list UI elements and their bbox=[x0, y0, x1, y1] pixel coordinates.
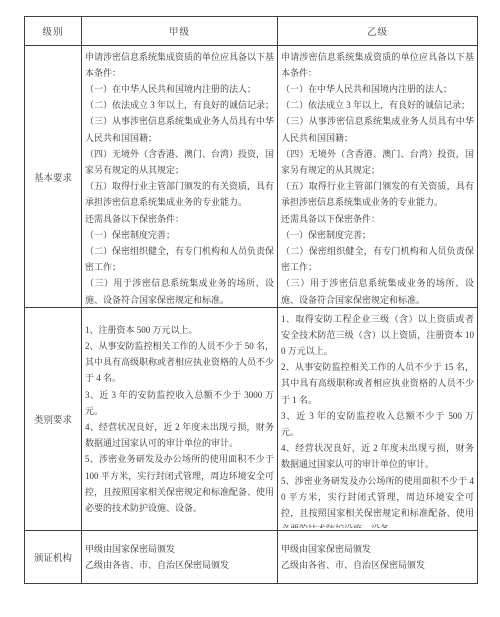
cell-paragraph: （二）依法成立 3 年以上，有良好的诚信记录； bbox=[281, 97, 474, 113]
header-level: 级别 bbox=[25, 17, 82, 46]
row-basic-requirements: 基本要求 申请涉密信息系统集成资质的单位应具备以下基本条件：（一）在中华人民共和… bbox=[25, 46, 478, 308]
basic-requirements-grade-b-cell: 申请涉密信息系统集成资质的单位应具备以下基本条件：（一）在中华人民共和国境内注册… bbox=[278, 46, 478, 308]
certifying-authority-grade-a: 甲级由国家保密局颁发乙级由各省、市、自治区保密局颁发 bbox=[85, 541, 274, 573]
cell-paragraph: （五）取得行业主管部门颁发的有关资质，具有承担涉密信息系统集成业务的专业能力。 bbox=[281, 178, 474, 210]
cell-paragraph: 乙级由各省、市、自治区保密局颁发 bbox=[85, 557, 274, 573]
document-page: 级别 甲级 乙级 基本要求 申请涉密信息系统集成资质的单位应具备以下基本条件：（… bbox=[0, 0, 500, 617]
basic-requirements-grade-a-cell: 申请涉密信息系统集成资质的单位应具备以下基本条件：（一）在中华人民共和国境内注册… bbox=[82, 46, 278, 308]
row-label-certifying-authority: 颁证机构 bbox=[25, 531, 82, 584]
cell-paragraph: （三）用于涉密信息系统集成业务的场所、设施、设备符合国家保密规定和标准。 bbox=[85, 275, 274, 304]
cell-paragraph: （四）无境外（含香港、澳门、台湾）投资，国家另有规定的从其规定； bbox=[281, 146, 474, 178]
cell-paragraph: 2、从事安防监控相关工作的人员不少于 15 名，其中具有高级职称或者相应执业资格… bbox=[281, 359, 474, 408]
row-certifying-authority: 颁证机构 甲级由国家保密局颁发乙级由各省、市、自治区保密局颁发 甲级由国家保密局… bbox=[25, 531, 478, 584]
cell-paragraph: 1、注册资本 500 万元以上。 bbox=[85, 322, 274, 338]
basic-requirements-grade-b: 申请涉密信息系统集成资质的单位应具备以下基本条件：（一）在中华人民共和国境内注册… bbox=[281, 49, 474, 305]
requirements-table: 级别 甲级 乙级 基本要求 申请涉密信息系统集成资质的单位应具备以下基本条件：（… bbox=[24, 16, 478, 584]
cell-paragraph: 甲级由国家保密局颁发 bbox=[85, 541, 274, 557]
cell-paragraph: （三）从事涉密信息系统集成业务人员具有中华人民共和国国籍； bbox=[85, 113, 274, 145]
category-requirements-grade-a-cell: 1、注册资本 500 万元以上。2、从事安防监控相关工作的人员不少于 50 名，… bbox=[82, 308, 278, 531]
cell-paragraph: 4、经营状况良好，近 2 年度未出现亏损，财务数据通过国家认可的审计单位的审计。 bbox=[281, 440, 474, 472]
cell-paragraph: 5、涉密业务研发及办公场所的使用面积不少于 40 平方米，实行封闭式管理，周边环… bbox=[281, 473, 474, 528]
header-grade-a: 甲级 bbox=[82, 17, 278, 46]
cell-paragraph: 乙级由各省、市、自治区保密局颁发 bbox=[281, 557, 474, 573]
cell-paragraph: （一）保密制度完善； bbox=[85, 227, 274, 243]
row-label-basic-requirements: 基本要求 bbox=[25, 46, 82, 308]
cell-paragraph: 5、涉密业务研发及办公场所的使用面积不少于 100 平方米，实行封闭式管理，周边… bbox=[85, 451, 274, 516]
cell-paragraph: 申请涉密信息系统集成资质的单位应具备以下基本条件： bbox=[85, 49, 274, 81]
cell-paragraph: （三）用于涉密信息系统集成业务的场所、设施、设备符合国家保密规定和标准。 bbox=[281, 275, 474, 304]
cell-paragraph: （四）无境外（含香港、澳门、台湾）投资，国家另有规定的从其规定； bbox=[85, 146, 274, 178]
category-requirements-grade-a: 1、注册资本 500 万元以上。2、从事安防监控相关工作的人员不少于 50 名，… bbox=[85, 322, 274, 516]
cell-paragraph: 1、取得安防工程企业三级（含）以上资质或者安全技术防范三级（含）以上资质，注册资… bbox=[281, 311, 474, 360]
cell-paragraph: 甲级由国家保密局颁发 bbox=[281, 541, 474, 557]
table-header-row: 级别 甲级 乙级 bbox=[25, 17, 478, 46]
cell-paragraph: 还需具备以下保密条件： bbox=[85, 211, 274, 227]
cell-paragraph: 还需具备以下保密条件： bbox=[281, 211, 474, 227]
cell-paragraph: 4、经营状况良好，近 2 年度未出现亏损，财务数据通过国家认可的审计单位的审计。 bbox=[85, 419, 274, 451]
cell-paragraph: （一）保密制度完善； bbox=[281, 227, 474, 243]
cell-paragraph: （二）保密组织健全，有专门机构和人员负责保密工作； bbox=[85, 243, 274, 275]
cell-paragraph: （一）在中华人民共和国境内注册的法人； bbox=[281, 81, 474, 97]
category-requirements-grade-b-cell: 1、取得安防工程企业三级（含）以上资质或者安全技术防范三级（含）以上资质，注册资… bbox=[278, 308, 478, 531]
certifying-authority-grade-a-cell: 甲级由国家保密局颁发乙级由各省、市、自治区保密局颁发 bbox=[82, 531, 278, 584]
certifying-authority-grade-b-cell: 甲级由国家保密局颁发乙级由各省、市、自治区保密局颁发 bbox=[278, 531, 478, 584]
row-category-requirements: 类别要求 1、注册资本 500 万元以上。2、从事安防监控相关工作的人员不少于 … bbox=[25, 308, 478, 531]
cell-paragraph: 申请涉密信息系统集成资质的单位应具备以下基本条件： bbox=[281, 49, 474, 81]
cell-paragraph: （二）依法成立 3 年以上，有良好的诚信记录； bbox=[85, 97, 274, 113]
cell-paragraph: （一）在中华人民共和国境内注册的法人； bbox=[85, 81, 274, 97]
header-grade-b: 乙级 bbox=[278, 17, 478, 46]
row-label-category-requirements: 类别要求 bbox=[25, 308, 82, 531]
basic-requirements-grade-a: 申请涉密信息系统集成资质的单位应具备以下基本条件：（一）在中华人民共和国境内注册… bbox=[85, 49, 274, 305]
cell-paragraph: （三）从事涉密信息系统集成业务人员具有中华人民共和国国籍； bbox=[281, 113, 474, 145]
cell-paragraph: （二）保密组织健全，有专门机构和人员负责保密工作； bbox=[281, 243, 474, 275]
certifying-authority-grade-b: 甲级由国家保密局颁发乙级由各省、市、自治区保密局颁发 bbox=[281, 541, 474, 573]
cell-paragraph: 2、从事安防监控相关工作的人员不少于 50 名，其中具有高级职称或者相应执业资格… bbox=[85, 338, 274, 387]
cell-paragraph: 3、近 3 年的安防监控收入总额不少于 3000 万元。 bbox=[85, 387, 274, 419]
category-requirements-grade-b: 1、取得安防工程企业三级（含）以上资质或者安全技术防范三级（含）以上资质，注册资… bbox=[281, 311, 474, 528]
cell-paragraph: 3、近 3 年的安防监控收入总额不少于 500 万元。 bbox=[281, 408, 474, 440]
cell-paragraph: （五）取得行业主管部门颁发的有关资质，具有承担涉密信息系统集成业务的专业能力。 bbox=[85, 178, 274, 210]
